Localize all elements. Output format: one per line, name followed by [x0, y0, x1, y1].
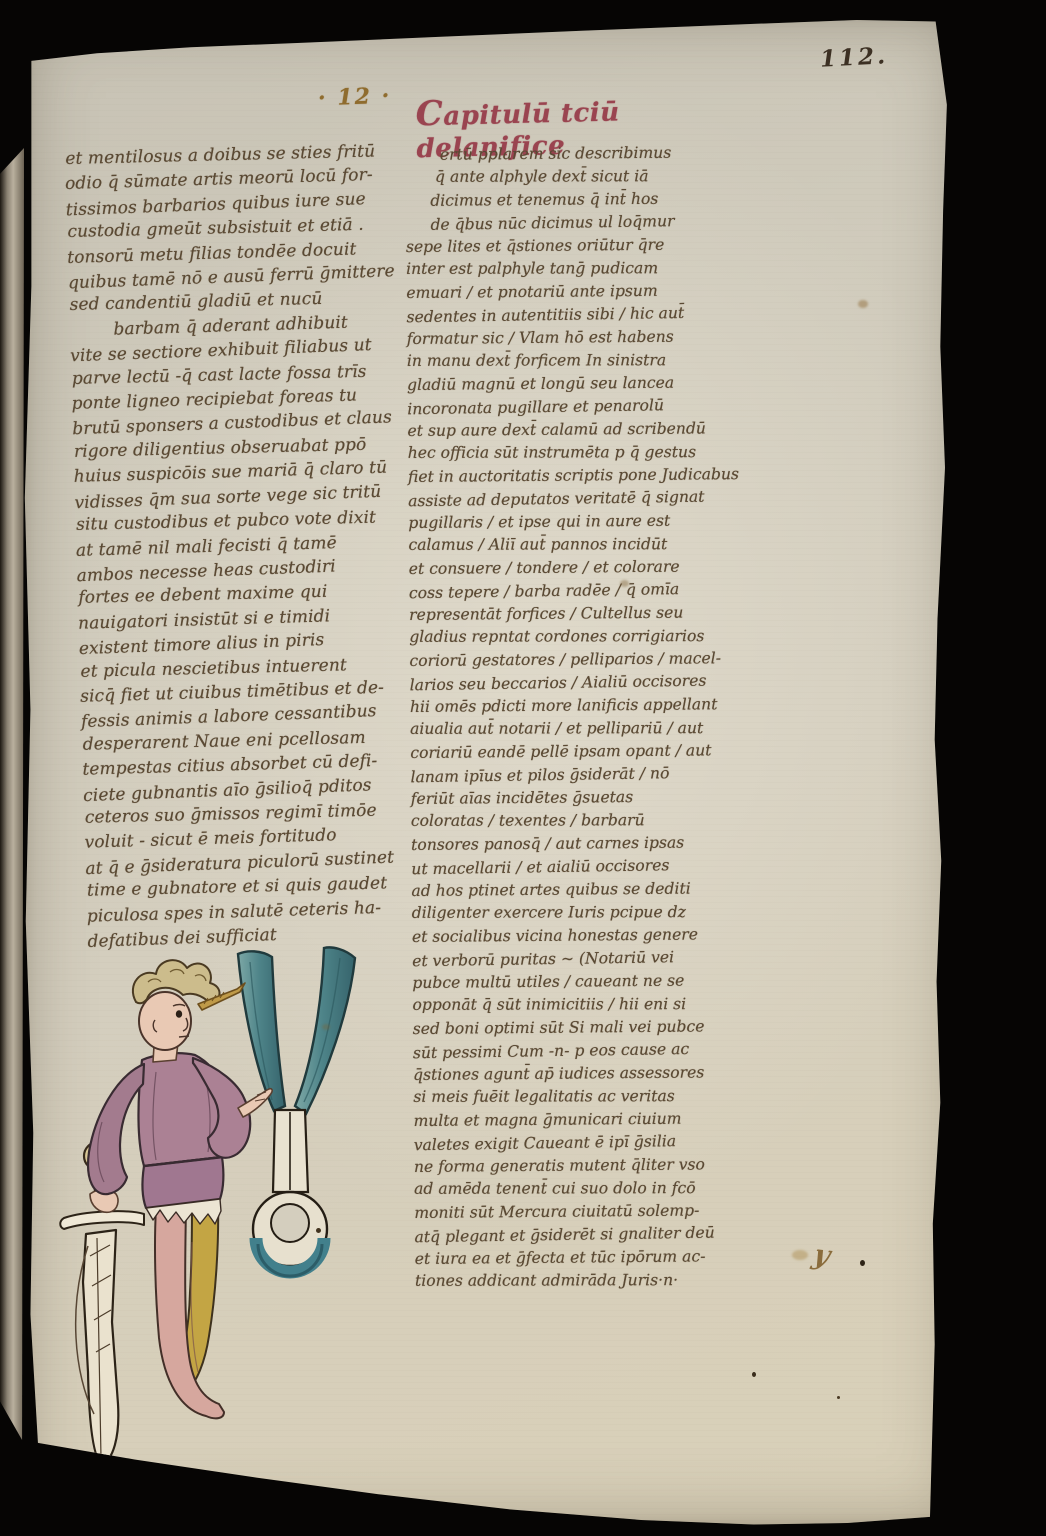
text-line: hec officia sūt instrumēta p q̄ gestus — [408, 441, 784, 465]
barber-figure-drawing — [60, 960, 272, 1465]
text-line: ad hos ptinet artes quibus se dediti — [411, 877, 787, 903]
text-line: ertū pplarem sic describimus — [405, 141, 781, 167]
book-gutter-page-edges — [0, 148, 24, 1440]
text-line: ad amēda tenent̄ cui suo dolo in fcō — [414, 1177, 790, 1201]
text-line: sepe lites et q̄stiones oriūtur q̄re — [406, 233, 782, 259]
text-line: pubce multū utiles / caueant ne se — [412, 969, 788, 995]
text-line: tiones addicant admirāda Juris·n· — [415, 1269, 791, 1293]
text-line: pugillaris / et ipse qui in aure est — [408, 509, 784, 535]
manuscript-photo: · 12 · Capitulū tciū delanifice 112. et … — [0, 0, 1046, 1536]
text-line: representāt forfices / Cultellus seu — [409, 601, 785, 627]
text-line: et iura ea et ḡfecta et tūc ipōrum ac- — [415, 1245, 791, 1271]
text-line: formatur sic / Vlam hō est habens — [407, 325, 783, 351]
text-line: ne forma generatis mutent q̄liter vso — [414, 1153, 790, 1179]
manuscript-page: · 12 · Capitulū tciū delanifice 112. et … — [22, 14, 960, 1526]
text-line: aiualia aut̄ notarii / et pellipariū / a… — [410, 717, 786, 741]
text-line: inter est palphyle tanḡ pudicam — [406, 257, 782, 281]
text-line: coloratas / texentes / barbarū — [411, 809, 787, 833]
stain — [620, 580, 629, 587]
stain — [792, 1250, 808, 1260]
left-text-column: et mentilosus a doibus se sties fritūodi… — [64, 137, 442, 953]
folio-number: 112. — [819, 42, 888, 73]
stain — [858, 300, 868, 308]
ink-speck — [752, 1372, 756, 1377]
ink-speck — [860, 1260, 865, 1266]
text-line: hii omēs pdicti more lanificis appellant — [410, 693, 786, 719]
text-line: q̄stiones agunt̄ ap̄ iudices assessores — [413, 1061, 789, 1087]
quire-number: · 12 · — [318, 83, 392, 112]
text-line: opponāt q̄ sūt inimicitiis / hii eni si — [412, 993, 788, 1017]
stain — [322, 1024, 330, 1030]
text-line: diligenter exercere Iuris pcipue dz — [412, 901, 788, 925]
ink-speck — [837, 1396, 840, 1399]
text-line: q̄ ante alphyle dext̄ sicut iā — [405, 165, 781, 189]
text-line: in manu dext̄ forficem In sinistra — [407, 349, 783, 373]
ink-speck — [316, 1228, 321, 1233]
right-text-column: ertū pplarem sic describimus q̄ ante alp… — [405, 141, 791, 1294]
man-with-shears-illustration — [52, 942, 402, 1477]
text-line: et sup aure dext̄ calamū ad scribendū — [407, 417, 783, 443]
text-line: si meis fuēit legalitatis ac veritas — [413, 1085, 789, 1109]
shears-drawing — [238, 947, 355, 1276]
text-line: gladius repntat cordones corrigiarios — [409, 625, 785, 649]
text-line: feriūt aīas incidētes ḡsuetas — [411, 785, 787, 811]
text-line: calamus / Aliī aut̄ pannos incidūt — [408, 533, 784, 557]
